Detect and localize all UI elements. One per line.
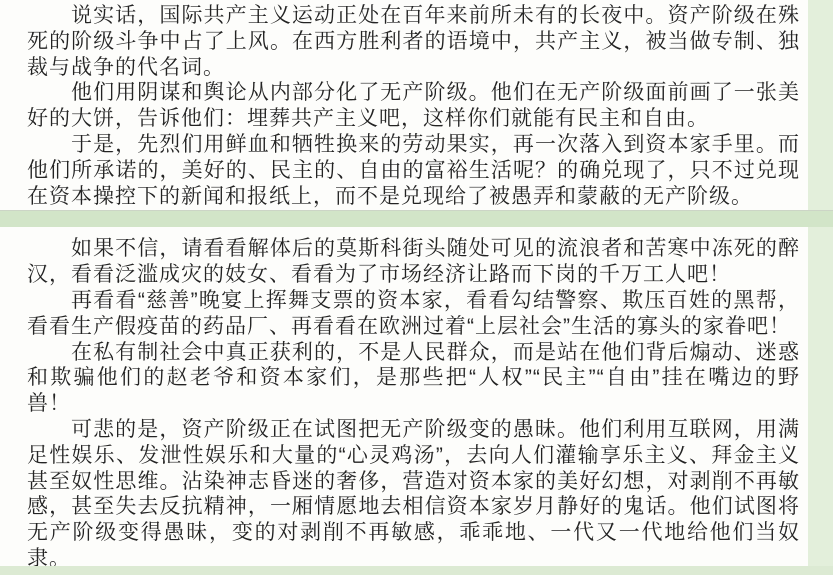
paragraph: 在私有制社会中真正获利的，不是人民群众，而是站在他们背后煽动、迷惑和欺骗他们的赵… [27, 340, 800, 417]
paragraph: 再看看“慈善”晚宴上挥舞支票的资本家，看看勾结警察、欺压百姓的黑帮，看看生产假疫… [27, 288, 800, 340]
paragraph: 可悲的是，资产阶级正在试图把无产阶级变的愚昧。他们利用互联网，用满足性娱乐、发泄… [27, 417, 800, 572]
text-section-top: 说实话，国际共产主义运动正处在百年来前所未有的长夜中。资产阶级在殊死的阶级斗争中… [0, 0, 833, 209]
document-page: 说实话，国际共产主义运动正处在百年来前所未有的长夜中。资产阶级在殊死的阶级斗争中… [0, 0, 833, 575]
bottom-border-strip [0, 566, 833, 575]
paragraph: 如果不信，请看看解体后的莫斯科街头随处可见的流浪者和苦寒中冻死的醉汉，看看泛滥成… [27, 236, 800, 288]
text-section-bottom: 如果不信，请看看解体后的莫斯科街头随处可见的流浪者和苦寒中冻死的醉汉，看看泛滥成… [0, 233, 833, 571]
paragraph: 说实话，国际共产主义运动正处在百年来前所未有的长夜中。资产阶级在殊死的阶级斗争中… [27, 3, 800, 80]
paragraph: 他们用阴谋和舆论从内部分化了无产阶级。他们在无产阶级面前画了一张美好的大饼，告诉… [27, 80, 800, 132]
document-content: 说实话，国际共产主义运动正处在百年来前所未有的长夜中。资产阶级在殊死的阶级斗争中… [0, 0, 833, 572]
paragraph: 于是，先烈们用鲜血和牺牲换来的劳动果实，再一次落入到资本家手里。而他们所承诺的，… [27, 132, 800, 209]
section-divider-band [0, 210, 833, 227]
